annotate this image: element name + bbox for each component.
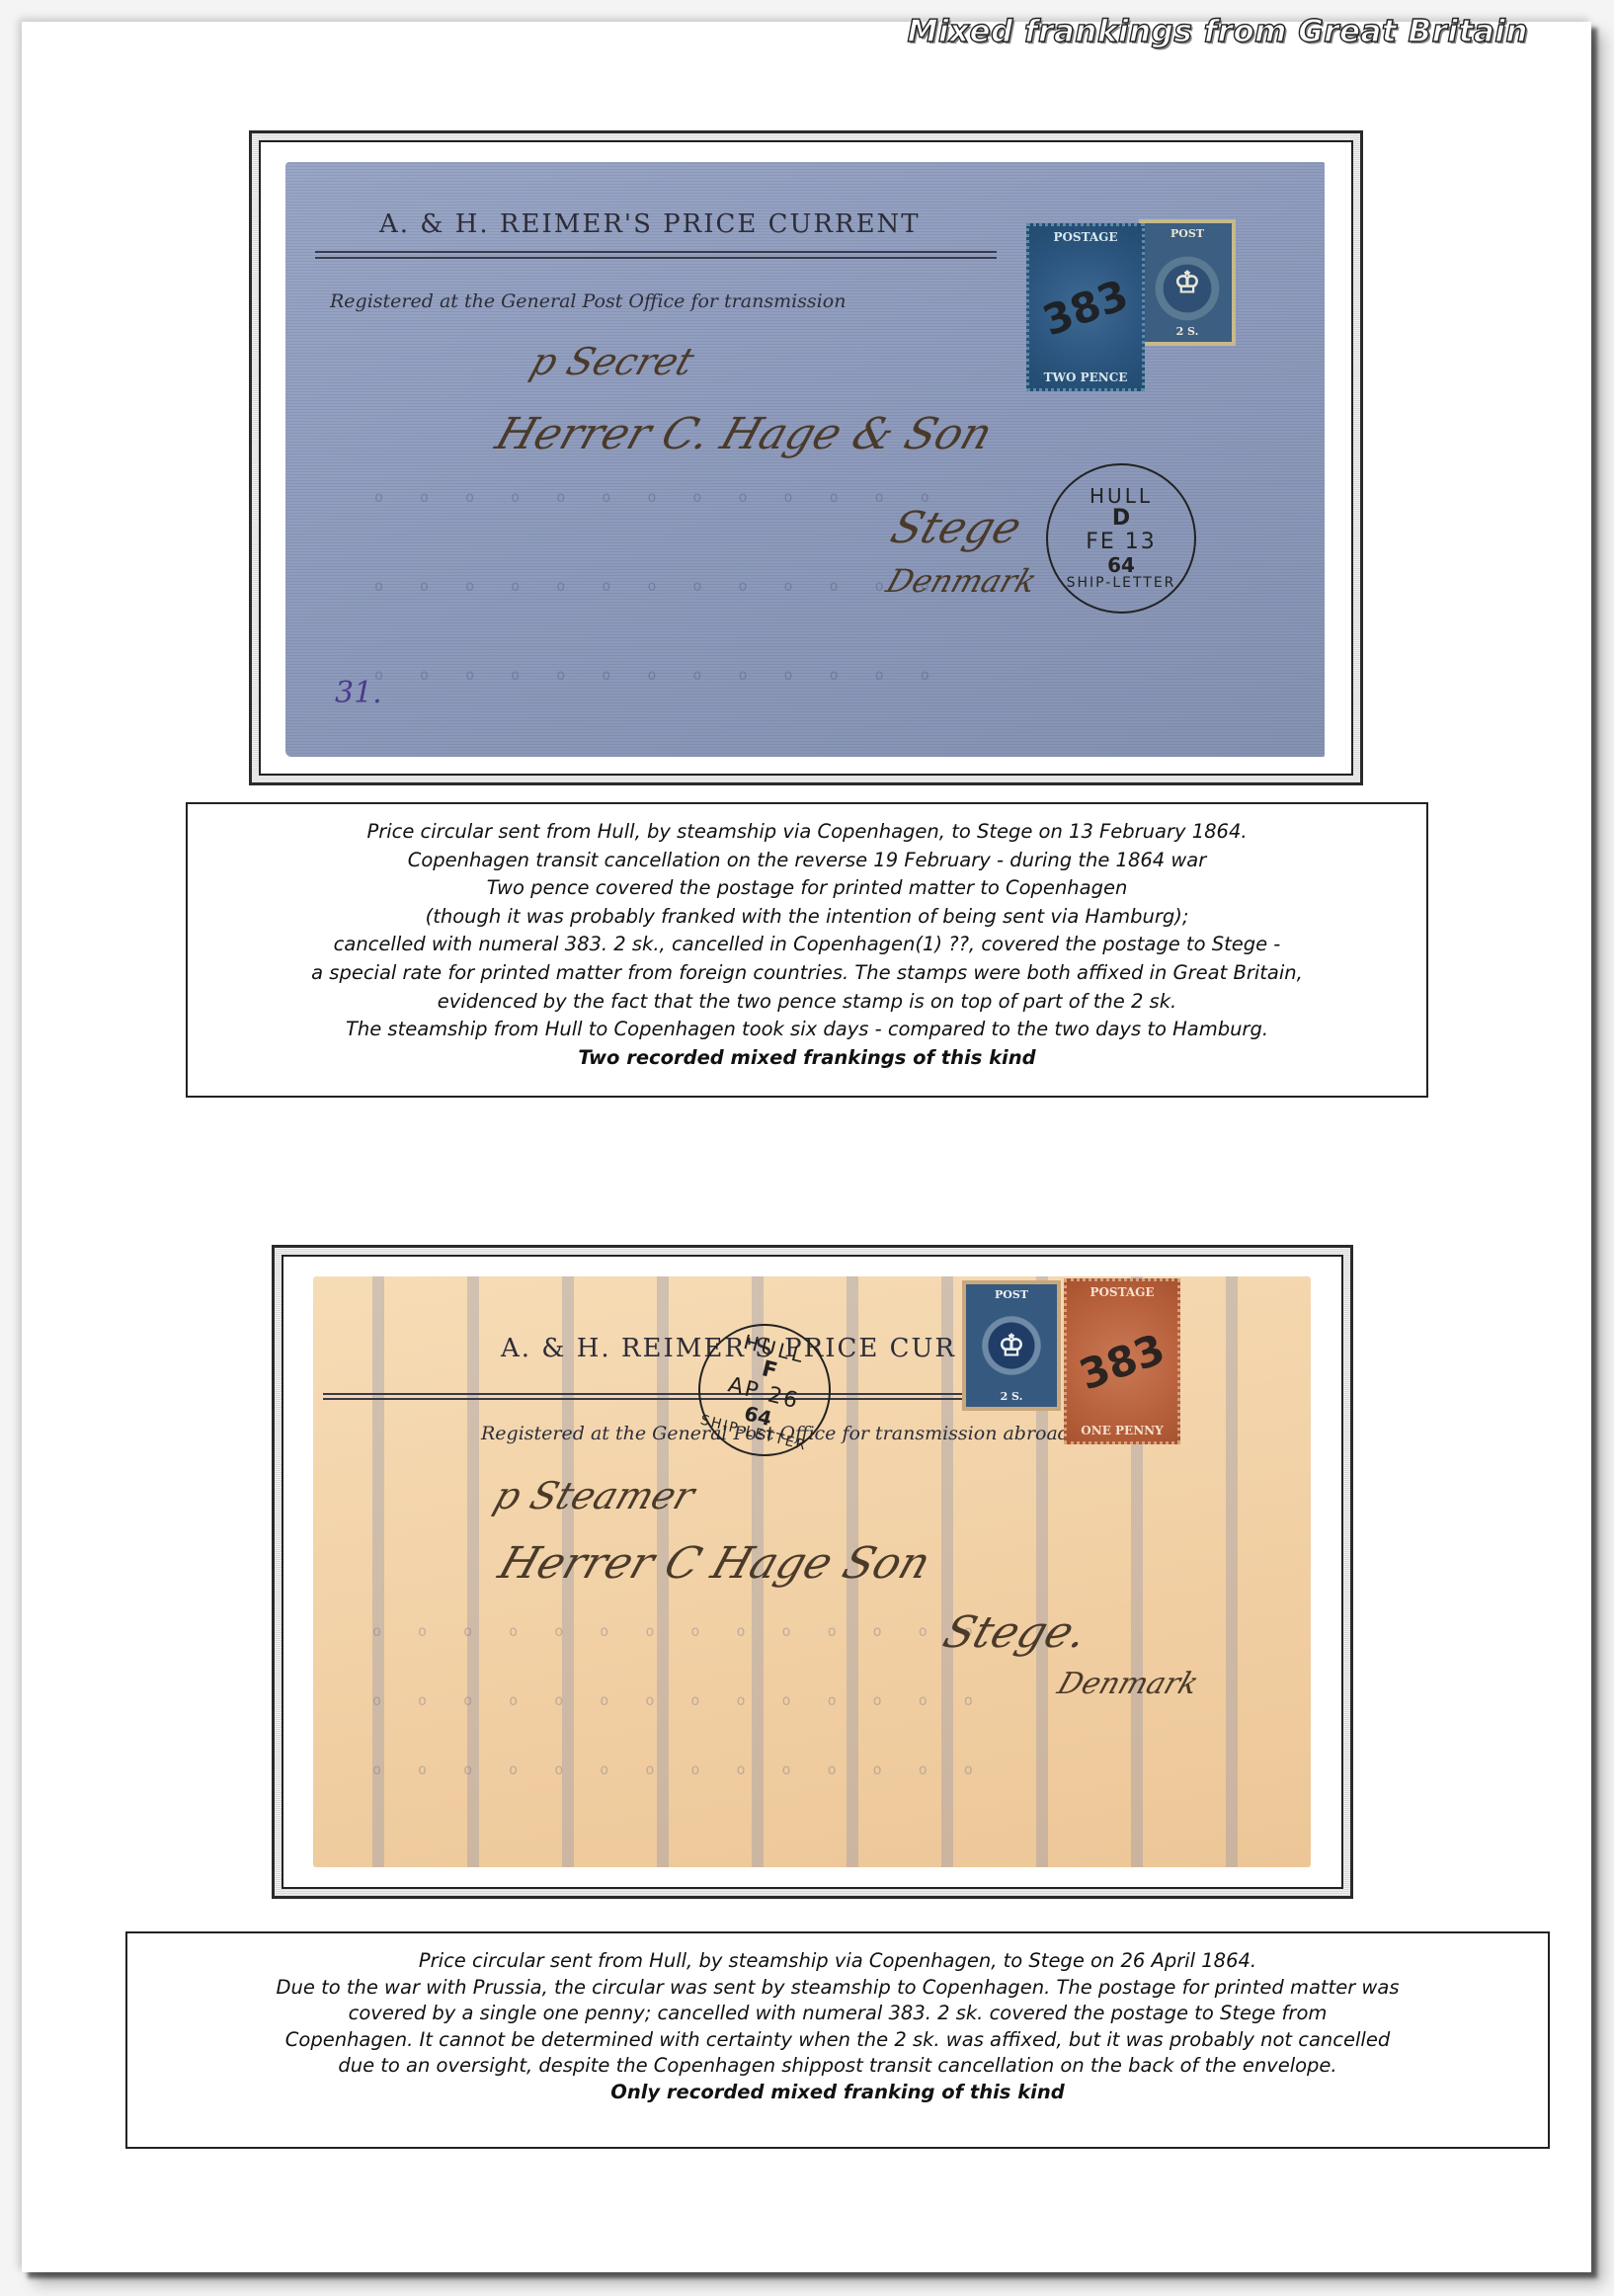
cover-image-2: o o o o o o o o o o o o o o o o o o o o … xyxy=(313,1276,1311,1867)
address-line: p Secret xyxy=(525,340,699,383)
cover-image-1: o o o o o o o o o o o o o o o o o o o o … xyxy=(285,162,1325,757)
caption-emphasis: Only recorded mixed franking of this kin… xyxy=(139,2080,1536,2106)
address-line: Stege. xyxy=(937,1607,1094,1658)
hull-ship-letter-postmark: HULL D FE 13 64 SHIP-LETTER xyxy=(1046,463,1196,614)
stamp-denmark-2-skilling: POST ♔ 2 S. xyxy=(962,1280,1061,1411)
numeral-cancel: 383 xyxy=(1036,270,1134,345)
printed-subheader: Registered at the General Post Office fo… xyxy=(330,290,846,312)
crown-icon: ♔ xyxy=(1174,266,1201,300)
numeral-cancel: 383 xyxy=(1073,1324,1170,1399)
stamp-gb-two-pence: POSTAGE 383 TWO PENCE xyxy=(1026,223,1145,391)
address-line: Herrer C. Hage & Son xyxy=(490,409,999,459)
printed-header: A. & H. REIMER'S PRICE CURRENT xyxy=(379,209,921,239)
stamp-gb-one-penny: POSTAGE 383 ONE PENNY xyxy=(1064,1278,1180,1444)
mount-inner-2: o o o o o o o o o o o o o o o o o o o o … xyxy=(282,1255,1343,1889)
cover-mount-2: o o o o o o o o o o o o o o o o o o o o … xyxy=(272,1245,1353,1899)
cover-caption-1: Price circular sent from Hull, by steams… xyxy=(186,802,1428,1098)
address-line: Denmark xyxy=(1053,1667,1202,1701)
address-line: Stege xyxy=(885,503,1028,553)
address-line: Denmark xyxy=(882,562,1042,600)
address-line: Herrer C Hage Son xyxy=(493,1538,937,1589)
pencil-note: 31. xyxy=(335,676,382,710)
page-title: Mixed frankings from Great Britain xyxy=(908,14,1528,49)
address-line: p Steamer xyxy=(489,1474,700,1517)
mount-inner-1: o o o o o o o o o o o o o o o o o o o o … xyxy=(259,140,1353,776)
stamp-denmark-2-skilling: POST ♔ 2 S. xyxy=(1139,219,1236,346)
caption-emphasis: Two recorded mixed frankings of this kin… xyxy=(200,1044,1414,1073)
cover-caption-2: Price circular sent from Hull, by steams… xyxy=(125,1931,1550,2149)
cover-mount-1: o o o o o o o o o o o o o o o o o o o o … xyxy=(249,130,1363,785)
crown-icon: ♔ xyxy=(999,1329,1025,1363)
album-page: Mixed frankings from Great Britain o o o… xyxy=(22,22,1591,2272)
